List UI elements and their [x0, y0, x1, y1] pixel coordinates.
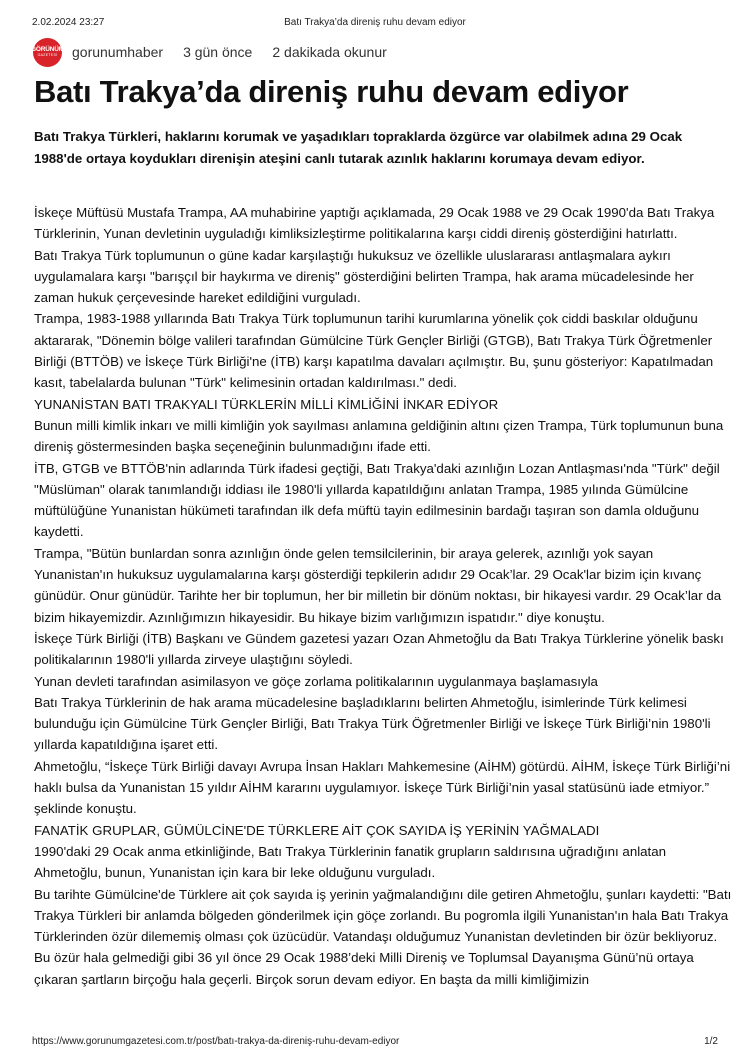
article-body: İskeçe Müftüsü Mustafa Trampa, AA muhabi…	[34, 202, 734, 990]
paragraph: Ahmetoğlu, “İskeçe Türk Birliği davayı A…	[34, 756, 734, 820]
paragraph: Bu tarihte Gümülcine'de Türklere ait çok…	[34, 884, 734, 990]
print-footer: https://www.gorunumgazetesi.com.tr/post/…	[0, 1036, 750, 1050]
paragraph: Trampa, 1983-1988 yıllarında Batı Trakya…	[34, 308, 734, 393]
logo-text-main: GÖRÜNÜM	[31, 46, 64, 53]
paragraph: 1990'daki 29 Ocak anma etkinliğinde, Bat…	[34, 841, 734, 884]
author-link[interactable]: gorunumhaber	[72, 44, 163, 60]
print-header: 2.02.2024 23:27 Batı Trakya’da direniş r…	[0, 17, 750, 31]
paragraph: İskeçe Müftüsü Mustafa Trampa, AA muhabi…	[34, 202, 734, 245]
paragraph: Batı Trakya Türklerinin de hak arama müc…	[34, 692, 734, 756]
publish-time: 3 gün önce	[183, 44, 252, 60]
article-lead: Batı Trakya Türkleri, haklarını korumak …	[34, 126, 724, 170]
publisher-logo[interactable]: GÖRÜNÜM GAZETESİ	[33, 38, 62, 67]
article-title: Batı Trakya’da direniş ruhu devam ediyor	[34, 74, 628, 110]
paragraph: İTB, GTGB ve BTTÖB'nin adlarında Türk if…	[34, 458, 734, 543]
logo-text-sub: GAZETESİ	[38, 53, 58, 58]
page-indicator: 1/2	[704, 1036, 718, 1047]
page-url: https://www.gorunumgazetesi.com.tr/post/…	[32, 1036, 399, 1047]
article-meta: GÖRÜNÜM GAZETESİ gorunumhaber 3 gün önce…	[33, 38, 407, 66]
print-page-title: Batı Trakya’da direniş ruhu devam ediyor	[0, 17, 750, 28]
paragraph: İskeçe Türk Birliği (İTB) Başkanı ve Gün…	[34, 628, 734, 671]
paragraph: Trampa, "Bütün bunlardan sonra azınlığın…	[34, 543, 734, 628]
paragraph: Batı Trakya Türk toplumunun o güne kadar…	[34, 245, 734, 309]
section-heading: YUNANİSTAN BATI TRAKYALI TÜRKLERİN MİLLİ…	[34, 394, 734, 415]
paragraph: Yunan devleti tarafından asimilasyon ve …	[34, 671, 734, 692]
paragraph: Bunun milli kimlik inkarı ve milli kimli…	[34, 415, 734, 458]
section-heading: FANATİK GRUPLAR, GÜMÜLCİNE'DE TÜRKLERE A…	[34, 820, 734, 841]
read-time: 2 dakikada okunur	[272, 44, 386, 60]
